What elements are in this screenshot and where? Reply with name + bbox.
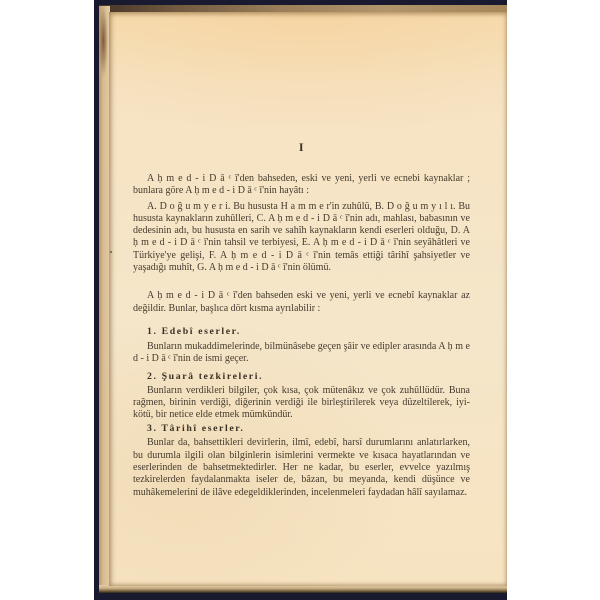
page-stack-bottom-edge [99, 585, 507, 593]
intro-paragraph-1: A ḥ m e d - i D ā ᶜ ī'den bahseden, eski… [133, 173, 470, 198]
section-numeral: I [133, 140, 470, 155]
chapter-outline-paragraph: A. D o ğ u m y e r i. Bu hususta H a m m… [133, 201, 470, 275]
section-2-paragraph: Bunların verdikleri bilgiler, çok kısa, … [133, 385, 470, 422]
intro-paragraph-2: A ḥ m e d - i D ā ᶜ ī'den bahseden eski … [133, 290, 470, 315]
section-1-paragraph: Bunların mukaddimelerinde, bilmünâsebe g… [133, 341, 470, 366]
book-page: I A ḥ m e d - i D ā ᶜ ī'den bahseden, es… [109, 12, 507, 586]
section-3-paragraph: Bunlar da, bahsettikleri devirlerin, ilm… [133, 437, 470, 498]
section-3-heading: 3. Târihî eserler. [133, 422, 470, 435]
section-2-heading: 2. Şuarâ tezkireleri. [133, 370, 470, 383]
section-1-heading: 1. Edebî eserler. [133, 325, 470, 338]
dust-speck [110, 251, 112, 253]
book-scan: I A ḥ m e d - i D ā ᶜ ī'den bahseden, es… [0, 0, 600, 600]
